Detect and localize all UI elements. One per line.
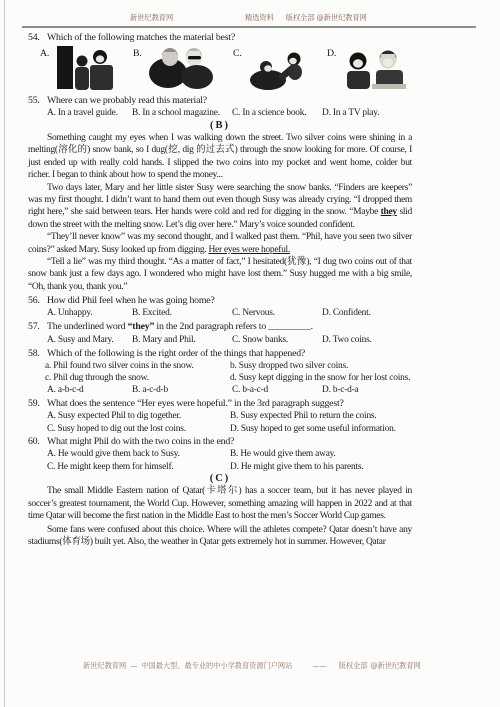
sequence-item: d. Susy kept digging in the snow for her… [230,372,412,384]
sequence-item: c. Phil dug through the snow. [45,372,230,384]
question-text-part: The underlined word [47,321,128,332]
question-58-items-ab: a. Phil found two silver coins in the sn… [28,360,412,372]
option: A. Susy expected Phil to dig together. [47,410,230,423]
page-footer: 新世纪教育网—中国最大型、最专业的中小学教育资源门户网站——版权全部@新世纪教育… [83,661,421,671]
question-text: Where can we probably read this material… [47,94,412,107]
question-59-options-ab: A. Susy expected Phil to dig together. B… [28,410,412,423]
paragraph-text: Two days later, Mary and her little sist… [28,183,412,218]
question-number: 57. [28,320,47,333]
option: C. b-a-c-d [232,384,322,397]
photo-d-image [342,50,410,91]
option: D. He might give them to his parents. [230,461,412,474]
header-right-text: 精选资料版权全部@新世纪教育网 [245,13,367,23]
option: D. Confident. [322,307,371,320]
question-number: 59. [28,397,47,410]
option: C. Susy hoped to dig out the lost coins. [47,423,230,436]
option: A. Unhappy. [47,307,132,320]
option: A. Susy and Mary. [47,334,132,347]
question-number: 55. [28,94,47,107]
option: B. Mary and Phil. [132,334,232,347]
photo-a-image [55,45,117,91]
question-number: 58. [28,347,47,360]
footer-brand: 新世纪教育网 [83,661,126,670]
question-59: 59. What does the sentence “Her eyes wer… [28,397,412,410]
question-60: 60. What might Phil do with the two coin… [28,435,412,448]
option: D. In a TV play. [322,107,379,120]
question-number: 56. [28,294,47,307]
bold-word-they: “they” [128,321,155,332]
question-60-options-ab: A. He would give them back to Susy. B. H… [28,448,412,461]
option: A. In a travel guide. [47,107,132,120]
passage-c-paragraph-2: Some fans were confused about this choic… [28,524,412,549]
option: B. Susy expected Phil to return the coin… [230,410,412,423]
passage-b-paragraph-3: “They’ll never know” was my second thoug… [28,231,412,256]
photo-c-image [248,50,310,91]
underlined-word-they: they [381,207,397,217]
passage-b-paragraph-2: Two days later, Mary and her little sist… [28,182,412,232]
option: A. a-b-c-d [47,384,132,397]
header-tag: 精选资料 [245,13,274,22]
option-label: B. [133,45,148,60]
question-number: 60. [28,435,47,448]
photo-option-c: C. [233,45,327,91]
footer-dashes: —— [312,661,326,670]
option-label: C. [233,45,248,60]
question-58-items-cd: c. Phil dug through the snow. d. Susy ke… [28,372,412,384]
question-57-options: A. Susy and Mary. B. Mary and Phil. C. S… [28,334,412,347]
option: D. Susy hoped to get some useful informa… [230,423,412,436]
question-58: 58. Which of the following is the right … [28,347,412,360]
question-text: Which of the following is the right orde… [47,347,412,360]
section-b-title: (B) [28,120,412,132]
option-label: D. [327,45,342,60]
footer-brand-at: @新世纪教育网 [370,661,420,670]
question-57: 57. The underlined word “they” in the 2n… [28,320,412,333]
question-text: What does the sentence “Her eyes were ho… [47,397,412,410]
question-text: How did Phil feel when he was going home… [47,294,412,307]
question-55-options: A. In a travel guide. B. In a school mag… [28,107,412,120]
option: B. a-c-d-b [132,384,232,397]
question-54: 54. Which of the following matches the m… [28,31,412,44]
question-text: The underlined word “they” in the 2nd pa… [47,320,412,333]
photo-option-a: A. [40,45,133,91]
photo-b-image [148,47,216,89]
footer-dash: — [130,661,137,670]
header-divider-rule [22,26,476,28]
exam-content: 54. Which of the following matches the m… [28,31,412,548]
underlined-sentence: Her eyes were hopeful. [208,245,290,255]
question-55: 55. Where can we probably read this mate… [28,94,412,107]
question-text: Which of the following matches the mater… [47,31,412,44]
option: C. He might keep them for himself. [47,461,230,474]
option: A. He would give them back to Susy. [47,448,230,461]
question-60-options-cd: C. He might keep them for himself. D. He… [28,461,412,474]
exam-scan-page: 新世纪教育网 精选资料版权全部@新世纪教育网 54. Which of the … [0,0,500,707]
question-text-part: in the 2nd paragraph refers to _________… [154,321,313,332]
question-number: 54. [28,31,47,44]
option: D. Two coins. [322,334,372,347]
option: D. b-c-d-a [322,384,359,397]
question-59-options-cd: C. Susy hoped to dig out the lost coins.… [28,423,412,436]
option: C. In a science book. [232,107,322,120]
option-label: A. [40,45,55,60]
question-56: 56. How did Phil feel when he was going … [28,294,412,307]
question-58-options: A. a-b-c-d B. a-c-d-b C. b-a-c-d D. b-c-… [28,384,412,397]
option: C. Nervous. [232,307,322,320]
option: C. Snow banks. [232,334,322,347]
sequence-item: a. Phil found two silver coins in the sn… [45,360,230,372]
question-54-photo-options: A. B. [28,45,412,92]
question-text: What might Phil do with the two coins in… [47,435,412,448]
passage-b-paragraph-1: Something caught my eyes when I was walk… [28,132,412,182]
passage-c-paragraph-1: The small Middle Eastern nation of Qatar… [28,485,412,522]
option: B. He would give them away. [230,448,412,461]
section-c-title: (C) [28,473,412,485]
passage-b-paragraph-4: “Tell a lie” was my third thought. “As a… [28,256,412,293]
footer-copyright: 版权全部 [339,661,368,670]
header-brand-at: @新世纪教育网 [317,13,367,22]
photo-option-d: D. [327,45,410,91]
option: B. Excited. [132,307,232,320]
page-header: 新世纪教育网 精选资料版权全部@新世纪教育网 [0,11,500,23]
footer-slogan: 中国最大型、最专业的中小学教育资源门户网站 [141,661,292,670]
header-brand: 新世纪教育网 [130,13,173,23]
photo-option-b: B. [133,45,233,89]
header-copyright: 版权全部 [286,13,315,22]
scan-edge-line [4,0,5,707]
option: B. In a school magazine. [132,107,232,120]
sequence-item: b. Susy dropped two silver coins. [230,360,412,372]
question-56-options: A. Unhappy. B. Excited. C. Nervous. D. C… [28,307,412,320]
